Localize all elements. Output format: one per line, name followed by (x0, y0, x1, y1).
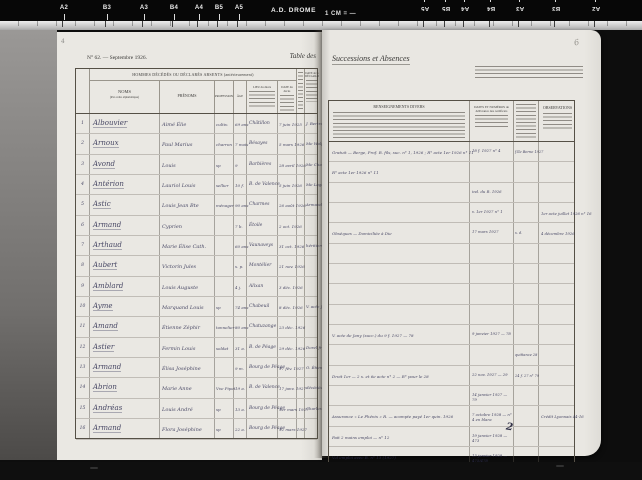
cell-age: 7 b. (233, 216, 246, 235)
cell-row-number: 12 (76, 338, 89, 357)
header-prenoms: PRÉNOMS (159, 81, 214, 113)
cell-age: 4 j. (233, 277, 246, 296)
cell-profession: sp (214, 419, 233, 438)
cell-firstnames: Cyprien (159, 216, 214, 235)
cell-age: 9 m. (233, 358, 246, 377)
cell-observations: 1er acte juillet 1926 n° 16 (538, 203, 576, 222)
scan-bottom-band (0, 462, 642, 480)
table-row: 8 Aubert Victorin Jules s. p. Montélier … (76, 256, 317, 276)
cell-renseignements: Gratuit — Berge, Prof. R. fils, suc. n° … (329, 142, 469, 161)
surname-text: Amblard (93, 282, 123, 291)
ruler-mark-a3: A3 (135, 5, 153, 11)
cell-surname: Albouvier (89, 114, 159, 133)
header-lieu: LIEU du décès (246, 81, 277, 113)
surname-text: Arthaud (93, 241, 122, 250)
cell-middle (513, 406, 538, 425)
ruler-mark-a3-flipped: A3 (511, 5, 529, 11)
cell-observations: 4 décembre 1926 (538, 223, 576, 242)
table-row: Gratuit — Berge, Prof. R. fils, suc. n° … (329, 142, 574, 162)
cell-act-number (296, 358, 304, 377)
pencil-folio-mark-right: 6 (573, 38, 580, 48)
issue-number-label: N° 62. — Septembre 1926. (87, 55, 147, 61)
cell-dates-numeros: v. 1er 1927 n° 1 (469, 203, 513, 222)
cell-renseignements (329, 305, 469, 324)
header-observations: OBSERVATIONS (538, 101, 576, 141)
cell-death-date: 1er mars 1927 (277, 399, 296, 418)
cell-death-date: 5 mars 1926 (277, 134, 296, 153)
cell-act-number (296, 216, 304, 235)
page-title-successions: Successions et Absences (332, 54, 410, 65)
cell-renseignements: Assurance « Le Phénix » R. — acompte pay… (329, 406, 469, 425)
cell-death-date: 29 déc. 1926 (277, 338, 296, 357)
surname-text: Antérion (93, 180, 124, 189)
cell-row-number: 2 (76, 134, 89, 153)
cell-observations (538, 325, 576, 344)
cell-firstnames: Marquand Louis (159, 297, 214, 316)
cell-observations (538, 427, 576, 446)
cell-row-number: 7 (76, 236, 89, 255)
cell-middle (513, 325, 538, 344)
cell-age: 10 f. (233, 175, 246, 194)
cell-death-place: Chabeuil (246, 297, 277, 316)
header-renseignements-text (333, 112, 465, 140)
cell-death-place: Chatuzange (246, 317, 277, 336)
archive-name-label: A.D. DROME (271, 7, 316, 14)
table-row: Obsèques — Domiciliée à Die 17 mars 1927… (329, 223, 574, 243)
cell-death-place: Bourg de Péage (246, 358, 277, 377)
table-row: 13 Armand Élisa Joséphine 9 m. Bourg de … (76, 358, 317, 378)
pencil-folio-mark-left: 4 (61, 38, 66, 45)
cell-death-place: Vaunaveys (246, 236, 277, 255)
cell-surname: Armand (89, 358, 159, 377)
cell-profession: charron (214, 134, 233, 153)
cell-firstnames: Victorin Jules (159, 256, 214, 275)
cell-act-number (296, 277, 304, 296)
cell-row-number: 6 (76, 216, 89, 235)
cell-middle (513, 203, 538, 222)
table-row: 3 Avond Louis sp 9 Barbières 28 avril 19… (76, 155, 317, 175)
cell-act-number (296, 114, 304, 133)
cell-renseignements (329, 264, 469, 283)
cell-surname: Arnoux (89, 134, 159, 153)
cell-firstnames: Aimé Élie (159, 114, 214, 133)
table-row: 16 Armand Flora Joséphine sp 22 a. Bourg… (76, 419, 317, 439)
cell-surname: Amblard (89, 277, 159, 296)
cell-row-number: 15 (76, 399, 89, 418)
cell-surname: Andréas (89, 399, 159, 418)
table-row: 9 Amblard Louis Auguste 4 j. Alixan 3 dé… (76, 277, 317, 297)
cell-renseignements: V. acte de Jany (succ.) du 9 f. 1927 — 7… (329, 325, 469, 344)
cell-middle (513, 427, 538, 446)
cell-act-number (296, 378, 304, 397)
scale-label: 1 CM = — (325, 11, 356, 17)
cell-dates-numeros (469, 264, 513, 283)
cell-middle: f.lle Berne 1927 (513, 142, 538, 161)
cell-surname: Astic (89, 195, 159, 214)
ruler-mark-b4: B4 (165, 5, 183, 11)
cell-surname: Arthaud (89, 236, 159, 255)
cell-middle (513, 244, 538, 263)
right-table-body: Gratuit — Berge, Prof. R. fils, suc. n° … (329, 142, 574, 468)
header-date-footnote (280, 95, 294, 111)
cell-profession: ménager (214, 195, 233, 214)
ruler-mark-b3: B3 (98, 5, 116, 11)
cell-middle (513, 305, 538, 324)
cell-profession (214, 277, 233, 296)
cell-death-date: 23 déc. 1926 (277, 317, 296, 336)
cell-renseignements (329, 244, 469, 263)
cell-dates-numeros (469, 244, 513, 263)
table-row: 7 Arthaud Marie Élise Cath. 60 ans Vauna… (76, 236, 317, 256)
table-row: 14 Abrion Marie Anne Vve Pipet 19 a. B. … (76, 378, 317, 398)
cell-middle: 24 f. 27 n° 79 (513, 366, 538, 385)
cell-firstnames: Étienne Zéphir (159, 317, 214, 336)
cell-surname: Astier (89, 338, 159, 357)
surname-text: Ayme (93, 302, 113, 311)
surname-text: Armand (93, 424, 121, 433)
header-profession: PROFESSION (214, 81, 233, 113)
cell-age: s. p. (233, 256, 246, 275)
cell-firstnames: Marie Élise Cath. (159, 236, 214, 255)
cell-death-place: Bourg de Péage (246, 399, 277, 418)
cell-observations: Crédit Lyonnais 44-16 (538, 406, 576, 425)
cell-observations (538, 386, 576, 405)
cell-renseignements (329, 203, 469, 222)
cell-profession: sp (214, 155, 233, 174)
cell-death-date: 26 août 1926 (277, 195, 296, 214)
cell-row-number: 5 (76, 195, 89, 214)
cell-observations (538, 284, 576, 303)
table-row: 1 Albouvier Aimé Élie cultiv. 69 ans Châ… (76, 114, 317, 134)
cell-death-place: Alixan (246, 277, 277, 296)
ruler-strip (0, 21, 642, 30)
header-dates-label: DATES ET NUMÉROS de délivrance des certi… (474, 105, 509, 113)
cell-row-number: 4 (76, 175, 89, 194)
cell-row-number: 14 (76, 378, 89, 397)
cell-row-number: 3 (76, 155, 89, 174)
cell-firstnames: Lauriol Louis (159, 175, 214, 194)
cell-death-date: 2 oct. 1926 (277, 216, 296, 235)
table-row: 4 Antérion Lauriol Louis sellier 10 f. B… (76, 175, 317, 195)
cell-death-place: Bourg de Péage (246, 419, 277, 438)
cell-row-number: 9 (76, 277, 89, 296)
cell-row-number: 8 (76, 256, 89, 275)
table-row (329, 305, 574, 325)
header-lieu-label: LIEU du décès (253, 85, 271, 89)
header-renseignements-label: RENSEIGNEMENTS DIVERS (373, 104, 424, 109)
header-observations-label: OBSERVATIONS (543, 105, 572, 110)
cell-age: 19 a. (233, 378, 246, 397)
cell-middle (513, 162, 538, 181)
cell-age: 31 a. (233, 338, 246, 357)
cell-act-number (296, 297, 304, 316)
table-row (329, 244, 574, 264)
cell-death-place: Montélier (246, 256, 277, 275)
table-row: V. acte de Jany (succ.) du 9 f. 1927 — 7… (329, 325, 574, 345)
calibration-ruler-band: A2 B3 A3 B4 A4 B5 A5 A.D. DROME 1 CM = —… (0, 0, 642, 21)
cell-renseignements (329, 183, 469, 202)
cell-death-date: 7 juin 1925 (277, 114, 296, 133)
cell-middle (513, 284, 538, 303)
cell-dates-numeros: 14 janvier 1927 — 79 (469, 386, 513, 405)
cell-dates-numeros (469, 284, 513, 303)
header-dates-numeros: DATES ET NUMÉROS de délivrance des certi… (469, 101, 513, 141)
header-noms-label: NOMS (118, 89, 131, 94)
successions-table: RENSEIGNEMENTS DIVERS DATES ET NUMÉROS d… (328, 100, 575, 467)
left-page: 4 N° 62. — Septembre 1926. Table des HOM… (57, 32, 322, 460)
ruler-mark-b3-flipped: B3 (547, 5, 565, 11)
cell-observations (538, 183, 576, 202)
ruler-mark-a2: A2 (55, 5, 73, 11)
cell-renseignements (329, 345, 469, 364)
ruler-mark-b4-flipped: B4 (482, 5, 500, 11)
cell-middle (513, 386, 538, 405)
cell-death-date: 8 déc. 1926 (277, 297, 296, 316)
cell-act-number (296, 195, 304, 214)
cell-surname: Antérion (89, 175, 159, 194)
cell-death-place: B. de Valence (246, 175, 277, 194)
header-numero-text (298, 72, 303, 110)
cell-firstnames: Louis André (159, 399, 214, 418)
deceased-register-table: HOMMES DÉCÉDÉS OU DÉCLARÉS ABSENTS (anté… (75, 68, 318, 439)
cell-observations (538, 162, 576, 181)
cell-age: 69 ans (233, 114, 246, 133)
cell-act-number (296, 338, 304, 357)
ruler-mark-a4: A4 (190, 5, 208, 11)
table-row (329, 264, 574, 284)
cell-death-place: Charmes (246, 195, 277, 214)
cell-act-number (296, 419, 304, 438)
ruler-mark-a5-flipped: A5 (416, 5, 434, 11)
surname-text: Amand (93, 322, 118, 331)
cell-age: 74 ans (233, 297, 246, 316)
cell-firstnames: Marie Anne (159, 378, 214, 397)
cell-profession: cultiv. (214, 114, 233, 133)
cell-age: 9 (233, 155, 246, 174)
cell-death-date: 21 nov. 1926 (277, 256, 296, 275)
surname-text: Astic (93, 200, 111, 209)
cell-act-number (296, 317, 304, 336)
cell-observations (538, 366, 576, 385)
cell-firstnames: Élisa Joséphine (159, 358, 214, 377)
cell-observations (538, 244, 576, 263)
cell-row-number: 16 (76, 419, 89, 438)
cell-row-number: 10 (76, 297, 89, 316)
cell-death-place: B. de Péage (246, 338, 277, 357)
header-band-title: HOMMES DÉCÉDÉS OU DÉCLARÉS ABSENTS (anté… (89, 69, 296, 81)
cell-death-place: Bésayes (246, 134, 277, 153)
cell-dates-numeros: 22 nov. 1927 — 29 (469, 366, 513, 385)
cell-death-place: Étoile (246, 216, 277, 235)
cell-age: 22 a. (233, 419, 246, 438)
cell-observations (538, 142, 576, 161)
left-table-header: HOMMES DÉCÉDÉS OU DÉCLARÉS ABSENTS (anté… (76, 69, 317, 114)
corner-printed-note (475, 66, 583, 79)
cell-profession (214, 216, 233, 235)
cell-renseignements (329, 284, 469, 303)
cell-surname: Abrion (89, 378, 159, 397)
scan-left-gutter (0, 30, 57, 460)
header-lieu-footnote (249, 91, 275, 109)
table-row: 14 janvier 1927 — 79 (329, 386, 574, 406)
cell-renseignements: Fait 2 mains emploi — n° 12 (329, 427, 469, 446)
cell-renseignements: R° acte 1er 1926 n° 11 (329, 162, 469, 181)
cell-firstnames: Louis Jean Bte (159, 195, 214, 214)
cell-firstnames: Flora Joséphine (159, 419, 214, 438)
cell-surname: Aubert (89, 256, 159, 275)
right-table-header: RENSEIGNEMENTS DIVERS DATES ET NUMÉROS d… (329, 101, 574, 142)
cell-act-number (296, 134, 304, 153)
cell-profession: sp (214, 399, 233, 418)
cell-death-date: 17 janv. 1927 (277, 378, 296, 397)
ruler-minor-ticks (0, 21, 642, 26)
surname-text: Aubert (93, 261, 117, 270)
table-row: 5 Astic Louis Jean Bte ménager 90 ans Ch… (76, 195, 317, 215)
header-date: DATE du décès (277, 81, 296, 113)
table-row: R° acte 1er 1926 n° 11 (329, 162, 574, 182)
surname-text: Astier (93, 343, 114, 352)
header-numero (296, 69, 304, 113)
cell-row-number: 1 (76, 114, 89, 133)
table-row: ind. du R. 1926 (329, 183, 574, 203)
cell-firstnames: Louis Auguste (159, 277, 214, 296)
scan-background: 4 N° 62. — Septembre 1926. Table des HOM… (0, 30, 642, 480)
cell-profession (214, 256, 233, 275)
surname-text: Abrion (93, 383, 117, 392)
cell-act-number (296, 256, 304, 275)
cell-dates-numeros: 9 janvier 1927 — 78 (469, 325, 513, 344)
table-row: 11 Amand Étienne Zéphir tonnelier 80 ans… (76, 317, 317, 337)
ruler-mark-b5-flipped: B5 (437, 5, 455, 11)
cell-age: 90 ans (233, 195, 246, 214)
cell-surname: Avond (89, 155, 159, 174)
cell-surname: Armand (89, 419, 159, 438)
cell-dates-numeros (469, 162, 513, 181)
scanned-register-viewer: A2 B3 A3 B4 A4 B5 A5 A.D. DROME 1 CM = —… (0, 0, 642, 480)
header-renseignements: RENSEIGNEMENTS DIVERS (329, 101, 469, 141)
table-row: 10 Ayme Marquand Louis sp 74 ans Chabeui… (76, 297, 317, 317)
cell-death-date: 17 fév. 1927 (277, 358, 296, 377)
table-row: v. 1er 1927 n° 1 1er acte juillet 1926 n… (329, 203, 574, 223)
cell-profession: sellier (214, 175, 233, 194)
cell-death-place: Barbières (246, 155, 277, 174)
cell-renseignements (329, 386, 469, 405)
table-row: 12 Astier Fermin Louis soldat 31 a. B. d… (76, 338, 317, 358)
cell-observations (538, 305, 576, 324)
cell-firstnames: Paul Marius (159, 134, 214, 153)
cell-profession: tonnelier (214, 317, 233, 336)
bottom-smudge (90, 467, 98, 469)
cell-surname: Armand (89, 216, 159, 235)
cell-dates-numeros (469, 345, 513, 364)
cell-middle (513, 264, 538, 283)
cell-death-date: 5 juin 1926 (277, 175, 296, 194)
ruler-mark-b5: B5 (210, 5, 228, 11)
surname-text: Albouvier (93, 119, 127, 128)
cell-observations (538, 264, 576, 283)
cell-act-number (296, 236, 304, 255)
cell-dates-numeros: 18 f. 1927 n° 4 (469, 142, 513, 161)
cell-firstnames: Louis (159, 155, 214, 174)
cell-dates-numeros: ind. du R. 1926 (469, 183, 513, 202)
header-middle-text (516, 104, 536, 138)
cell-death-date: 31 oct. 1926 (277, 236, 296, 255)
table-row (329, 284, 574, 304)
right-page: 6 Successions et Absences RENSEIGNEMENTS… (322, 30, 601, 456)
surname-text: Armand (93, 363, 121, 372)
cell-age: 80 ans (233, 317, 246, 336)
table-des-label: Table des (290, 52, 316, 60)
table-row: Assurance « Le Phénix » R. — acompte pay… (329, 406, 574, 426)
left-table-body: 1 Albouvier Aimé Élie cultiv. 69 ans Châ… (76, 114, 317, 440)
cell-age: 13 a. (233, 399, 246, 418)
cell-act-number (296, 155, 304, 174)
cell-observations (538, 345, 576, 364)
table-row: Droit 1er — 2 s. et 6e acte n° 2 — R° po… (329, 366, 574, 386)
surname-text: Andréas (93, 404, 122, 413)
cell-death-date: 3 déc. 1926 (277, 277, 296, 296)
bottom-smudge (556, 465, 564, 467)
cell-dates-numeros (469, 305, 513, 324)
surname-text: Arnoux (93, 139, 119, 148)
cell-act-number (296, 399, 304, 418)
cell-age: 7 mois (233, 134, 246, 153)
cell-row-number: 13 (76, 358, 89, 377)
ruler-mark-a2-flipped: A2 (587, 5, 605, 11)
cell-firstnames: Fermin Louis (159, 338, 214, 357)
cell-profession: sp (214, 297, 233, 316)
table-row: 6 Armand Cyprien 7 b. Étoile 2 oct. 1926 (76, 216, 317, 236)
cell-middle: quittance 28 (513, 345, 538, 364)
cell-row-number: 11 (76, 317, 89, 336)
cell-dates-numeros: 17 mars 1927 (469, 223, 513, 242)
surname-text: Armand (93, 221, 121, 230)
cell-age: 60 ans (233, 236, 246, 255)
header-date-label: DATE du décès (281, 85, 292, 93)
header-observations-text (543, 113, 572, 129)
cell-middle: s. d. (513, 223, 538, 242)
cell-profession: soldat (214, 338, 233, 357)
cell-death-date: 12 mars 1927 (277, 419, 296, 438)
ruler-mark-a4-flipped: A4 (456, 5, 474, 11)
table-row: Fait 2 mains emploi — n° 12 19 janvier 1… (329, 427, 574, 447)
header-noms-sub: (Par ordre alphabétique) (110, 95, 139, 99)
cell-surname: Ayme (89, 297, 159, 316)
cell-profession (214, 236, 233, 255)
cell-renseignements: Obsèques — Domiciliée à Die (329, 223, 469, 242)
cell-act-number (296, 175, 304, 194)
header-middle-column (513, 101, 538, 141)
header-rowno (76, 69, 89, 113)
header-age: ÂGE (233, 81, 246, 113)
cell-middle (513, 183, 538, 202)
cell-death-date: 28 avril 1926 (277, 155, 296, 174)
cell-profession (214, 358, 233, 377)
table-row: 15 Andréas Louis André sp 13 a. Bourg de… (76, 399, 317, 419)
table-row: 2 Arnoux Paul Marius charron 7 mois Bésa… (76, 134, 317, 154)
header-noms: NOMS (Par ordre alphabétique) (89, 81, 159, 113)
surname-text: Avond (93, 160, 115, 169)
cell-profession: Vve Pipet (214, 378, 233, 397)
cell-surname: Amand (89, 317, 159, 336)
cell-death-place: Châtillon (246, 114, 277, 133)
cell-renseignements: Droit 1er — 2 s. et 6e acte n° 2 — R° po… (329, 366, 469, 385)
header-dates-text (475, 115, 508, 129)
table-row: quittance 28 (329, 345, 574, 365)
ruler-mark-a5: A5 (230, 5, 248, 11)
cell-death-place: B. de Valence (246, 378, 277, 397)
